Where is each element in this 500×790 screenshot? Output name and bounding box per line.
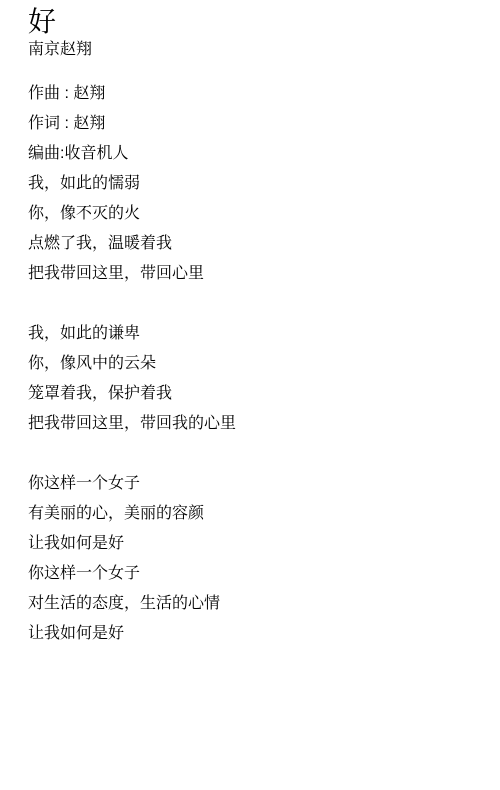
lyric-line: 有美丽的心，美丽的容颜 — [28, 499, 472, 529]
artist-name: 南京赵翔 — [28, 39, 472, 61]
stanza-break — [28, 289, 472, 319]
credit-line-lyricist: 作词 : 赵翔 — [28, 109, 472, 139]
credit-line-composer: 作曲 : 赵翔 — [28, 79, 472, 109]
stanza-break — [28, 439, 472, 469]
lyric-line: 你这样一个女子 — [28, 469, 472, 499]
lyric-line: 点燃了我，温暖着我 — [28, 229, 472, 259]
page-title: 好 — [28, 5, 472, 39]
credit-line-arranger: 编曲:收音机人 — [28, 139, 472, 169]
lyrics-block: 作曲 : 赵翔 作词 : 赵翔 编曲:收音机人 我，如此的懦弱 你，像不灭的火 … — [28, 79, 472, 649]
lyric-line: 你，像风中的云朵 — [28, 349, 472, 379]
lyric-line: 让我如何是好 — [28, 529, 472, 559]
lyrics-page: 好 南京赵翔 作曲 : 赵翔 作词 : 赵翔 编曲:收音机人 我，如此的懦弱 你… — [0, 0, 500, 790]
lyric-line: 让我如何是好 — [28, 619, 472, 649]
lyric-line: 笼罩着我，保护着我 — [28, 379, 472, 409]
lyric-line: 我，如此的谦卑 — [28, 319, 472, 349]
lyric-line: 我，如此的懦弱 — [28, 169, 472, 199]
lyric-line: 把我带回这里，带回心里 — [28, 259, 472, 289]
lyric-line: 你这样一个女子 — [28, 559, 472, 589]
lyric-line: 把我带回这里，带回我的心里 — [28, 409, 472, 439]
lyric-line: 你，像不灭的火 — [28, 199, 472, 229]
lyric-line: 对生活的态度，生活的心情 — [28, 589, 472, 619]
